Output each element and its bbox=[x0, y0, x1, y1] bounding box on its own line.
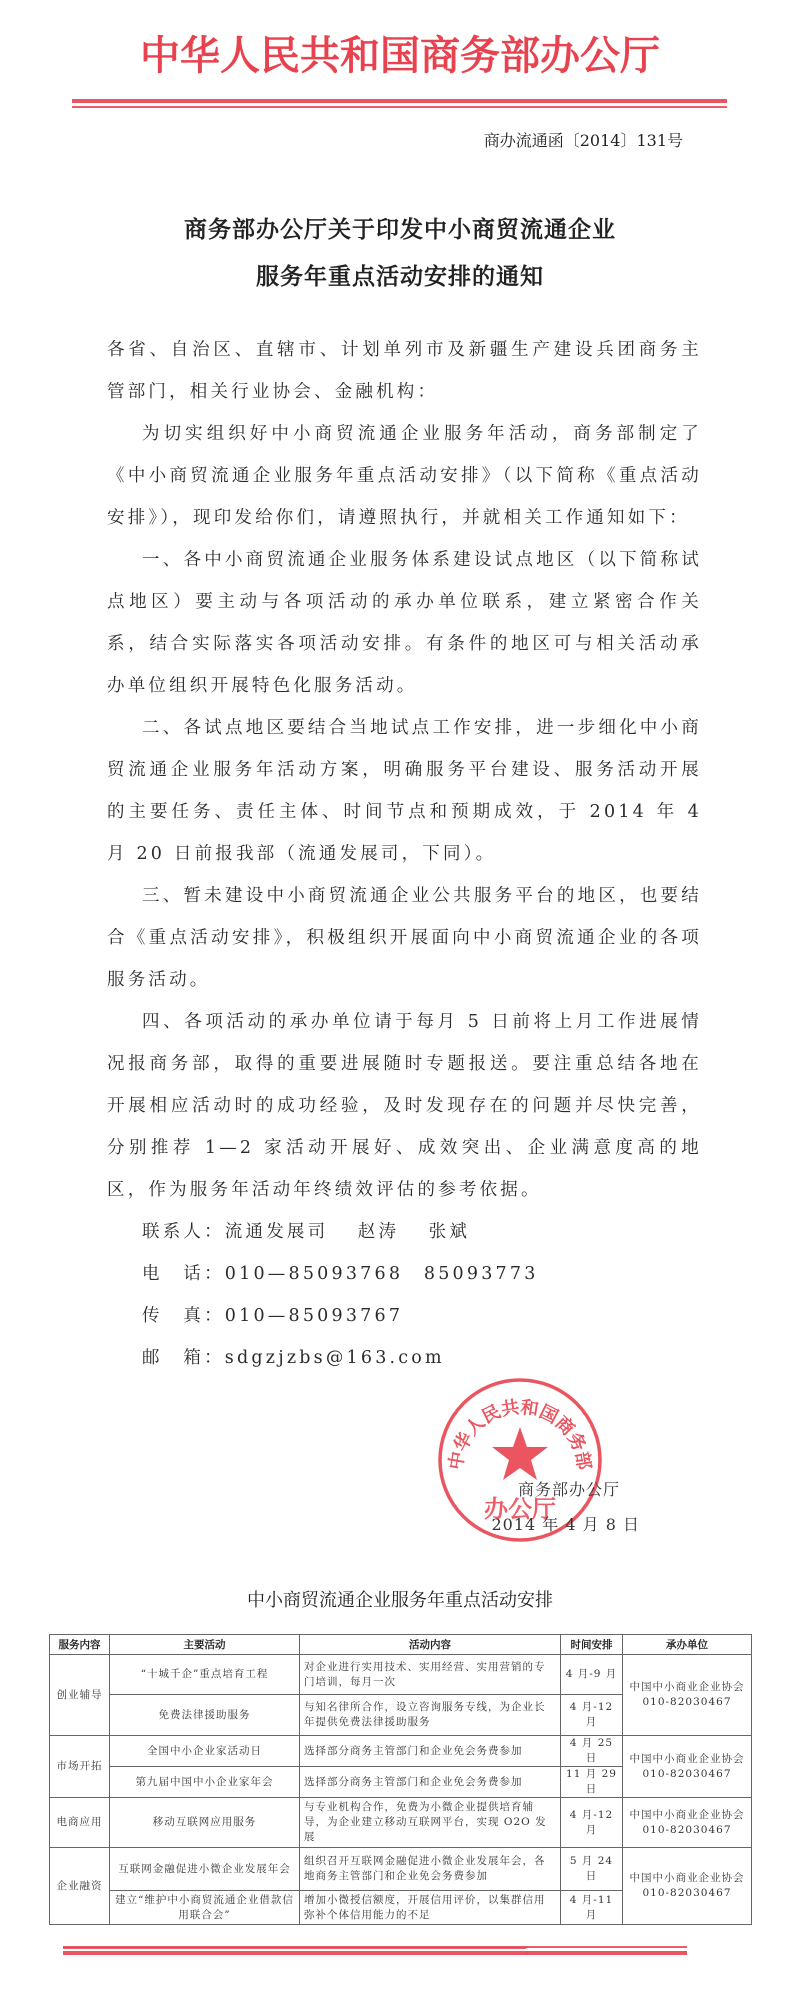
contact-fax: 传 真：010—85093767 bbox=[107, 1295, 702, 1337]
category-cell: 电商应用 bbox=[50, 1798, 110, 1848]
star-icon bbox=[492, 1427, 548, 1480]
time-cell: 4 月-12 月 bbox=[561, 1798, 623, 1848]
time-cell: 4 月-9 月 bbox=[561, 1655, 623, 1695]
activity-cell: 全国中小企业家活动日 bbox=[110, 1736, 300, 1767]
contact-person: 联系人：流通发展司 赵涛 张斌 bbox=[107, 1211, 702, 1253]
item-paragraph-4: 四、各项活动的承办单位请于每月 5 日前将上月工作进展情况报商务部，取得的重要进… bbox=[107, 1001, 702, 1211]
footer-rule-thick-ext bbox=[526, 1951, 687, 1955]
content-cell: 组织召开互联网金融促进小微企业发展年会，各地商务主管部门和企业免会务费参加 bbox=[300, 1848, 561, 1891]
column-header-activity: 主要活动 bbox=[110, 1635, 300, 1655]
letterhead-org-name: 中华人民共和国商务部办公厅 bbox=[0, 32, 800, 80]
organizer-cell: 中国中小商业企业协会 010-82030467 bbox=[623, 1798, 752, 1848]
intro-paragraph: 为切实组织好中小商贸流通企业服务年活动，商务部制定了《中小商贸流通企业服务年重点… bbox=[107, 413, 702, 539]
category-cell: 市场开拓 bbox=[50, 1736, 110, 1798]
letterhead-rule-thin bbox=[72, 106, 727, 108]
table-row: 电商应用 移动互联网应用服务 与专业机构合作，免费为小微企业提供培育辅导，为企业… bbox=[50, 1798, 752, 1848]
organizer-cell: 中国中小商业企业协会 010-82030467 bbox=[623, 1848, 752, 1925]
footer-rule-thick bbox=[63, 1951, 527, 1955]
column-header-organizer: 承办单位 bbox=[623, 1635, 752, 1655]
time-cell: 4 月 25 日 bbox=[561, 1736, 623, 1767]
table-row: 企业融资 互联网金融促进小微企业发展年会 组织召开互联网金融促进小微企业发展年会… bbox=[50, 1848, 752, 1891]
activity-schedule-table: 服务内容 主要活动 活动内容 时间安排 承办单位 创业辅导 “十城千企”重点培育… bbox=[49, 1634, 752, 1925]
letterhead-rule-thick bbox=[72, 99, 727, 103]
signature-date: 2014 年 4 月 8 日 bbox=[0, 1515, 640, 1535]
activity-cell: 互联网金融促进小微企业发展年会 bbox=[110, 1848, 300, 1891]
organizer-cell: 中国中小商业企业协会 010-82030467 bbox=[623, 1736, 752, 1798]
organizer-cell: 中国中小商业企业协会 010-82030467 bbox=[623, 1655, 752, 1736]
attachment-title: 中小商贸流通企业服务年重点活动安排 bbox=[0, 1590, 800, 1612]
contact-phone: 电 话：010—85093768 85093773 bbox=[107, 1253, 702, 1295]
notice-title-line-2: 服务年重点活动安排的通知 bbox=[100, 262, 700, 292]
column-header-content: 活动内容 bbox=[300, 1635, 561, 1655]
content-cell: 增加小微授信额度，开展信用评价，以集群信用弥补个体信用能力的不足 bbox=[300, 1891, 561, 1925]
notice-body: 各省、自治区、直辖市、计划单列市及新疆生产建设兵团商务主管部门，相关行业协会、金… bbox=[107, 329, 702, 1379]
table-row: 市场开拓 全国中小企业家活动日 选择部分商务主管部门和企业免会务费参加 4 月 … bbox=[50, 1736, 752, 1767]
time-cell: 5 月 24 日 bbox=[561, 1848, 623, 1891]
item-paragraph-2: 二、各试点地区要结合当地试点工作安排，进一步细化中小商贸流通企业服务年活动方案，… bbox=[107, 707, 702, 875]
time-cell: 4 月-11 月 bbox=[561, 1891, 623, 1925]
column-header-service: 服务内容 bbox=[50, 1635, 110, 1655]
signature-org: 商务部办公厅 bbox=[0, 1480, 620, 1500]
content-cell: 选择部分商务主管部门和企业免会务费参加 bbox=[300, 1767, 561, 1798]
notice-title-line-1: 商务部办公厅关于印发中小商贸流通企业 bbox=[100, 215, 700, 245]
category-cell: 创业辅导 bbox=[50, 1655, 110, 1736]
activity-cell: 免费法律援助服务 bbox=[110, 1695, 300, 1736]
document-number: 商办流通函〔2014〕131号 bbox=[0, 131, 683, 151]
table-row: 创业辅导 “十城千企”重点培育工程 对企业进行实用技术、实用经营、实用营销的专门… bbox=[50, 1655, 752, 1695]
activity-cell: “十城千企”重点培育工程 bbox=[110, 1655, 300, 1695]
footer-rule-thin-full bbox=[63, 1946, 527, 1948]
content-cell: 与专业机构合作，免费为小微企业提供培育辅导，为企业建立移动互联网平台，实现 O2… bbox=[300, 1798, 561, 1848]
activity-cell: 建立“维护中小商贸流通企业借款信用联合会” bbox=[110, 1891, 300, 1925]
content-cell: 与知名律所合作，设立咨询服务专线，为企业长年提供免费法律援助服务 bbox=[300, 1695, 561, 1736]
item-paragraph-1: 一、各中小商贸流通企业服务体系建设试点地区（以下简称试点地区）要主动与各项活动的… bbox=[107, 539, 702, 707]
activity-cell: 移动互联网应用服务 bbox=[110, 1798, 300, 1848]
footer-rule-thin-ext bbox=[526, 1946, 687, 1948]
table-header-row: 服务内容 主要活动 活动内容 时间安排 承办单位 bbox=[50, 1635, 752, 1655]
addressee: 各省、自治区、直辖市、计划单列市及新疆生产建设兵团商务主管部门，相关行业协会、金… bbox=[107, 329, 702, 413]
contact-email: 邮 箱：sdgzjzbs@163.com bbox=[107, 1337, 702, 1379]
column-header-time: 时间安排 bbox=[561, 1635, 623, 1655]
category-cell: 企业融资 bbox=[50, 1848, 110, 1925]
time-cell: 4 月-12 月 bbox=[561, 1695, 623, 1736]
content-cell: 选择部分商务主管部门和企业免会务费参加 bbox=[300, 1736, 561, 1767]
activity-cell: 第九届中国中小企业家年会 bbox=[110, 1767, 300, 1798]
content-cell: 对企业进行实用技术、实用经营、实用营销的专门培训，每月一次 bbox=[300, 1655, 561, 1695]
time-cell: 11 月 29 日 bbox=[561, 1767, 623, 1798]
item-paragraph-3: 三、暂未建设中小商贸流通企业公共服务平台的地区，也要结合《重点活动安排》，积极组… bbox=[107, 875, 702, 1001]
